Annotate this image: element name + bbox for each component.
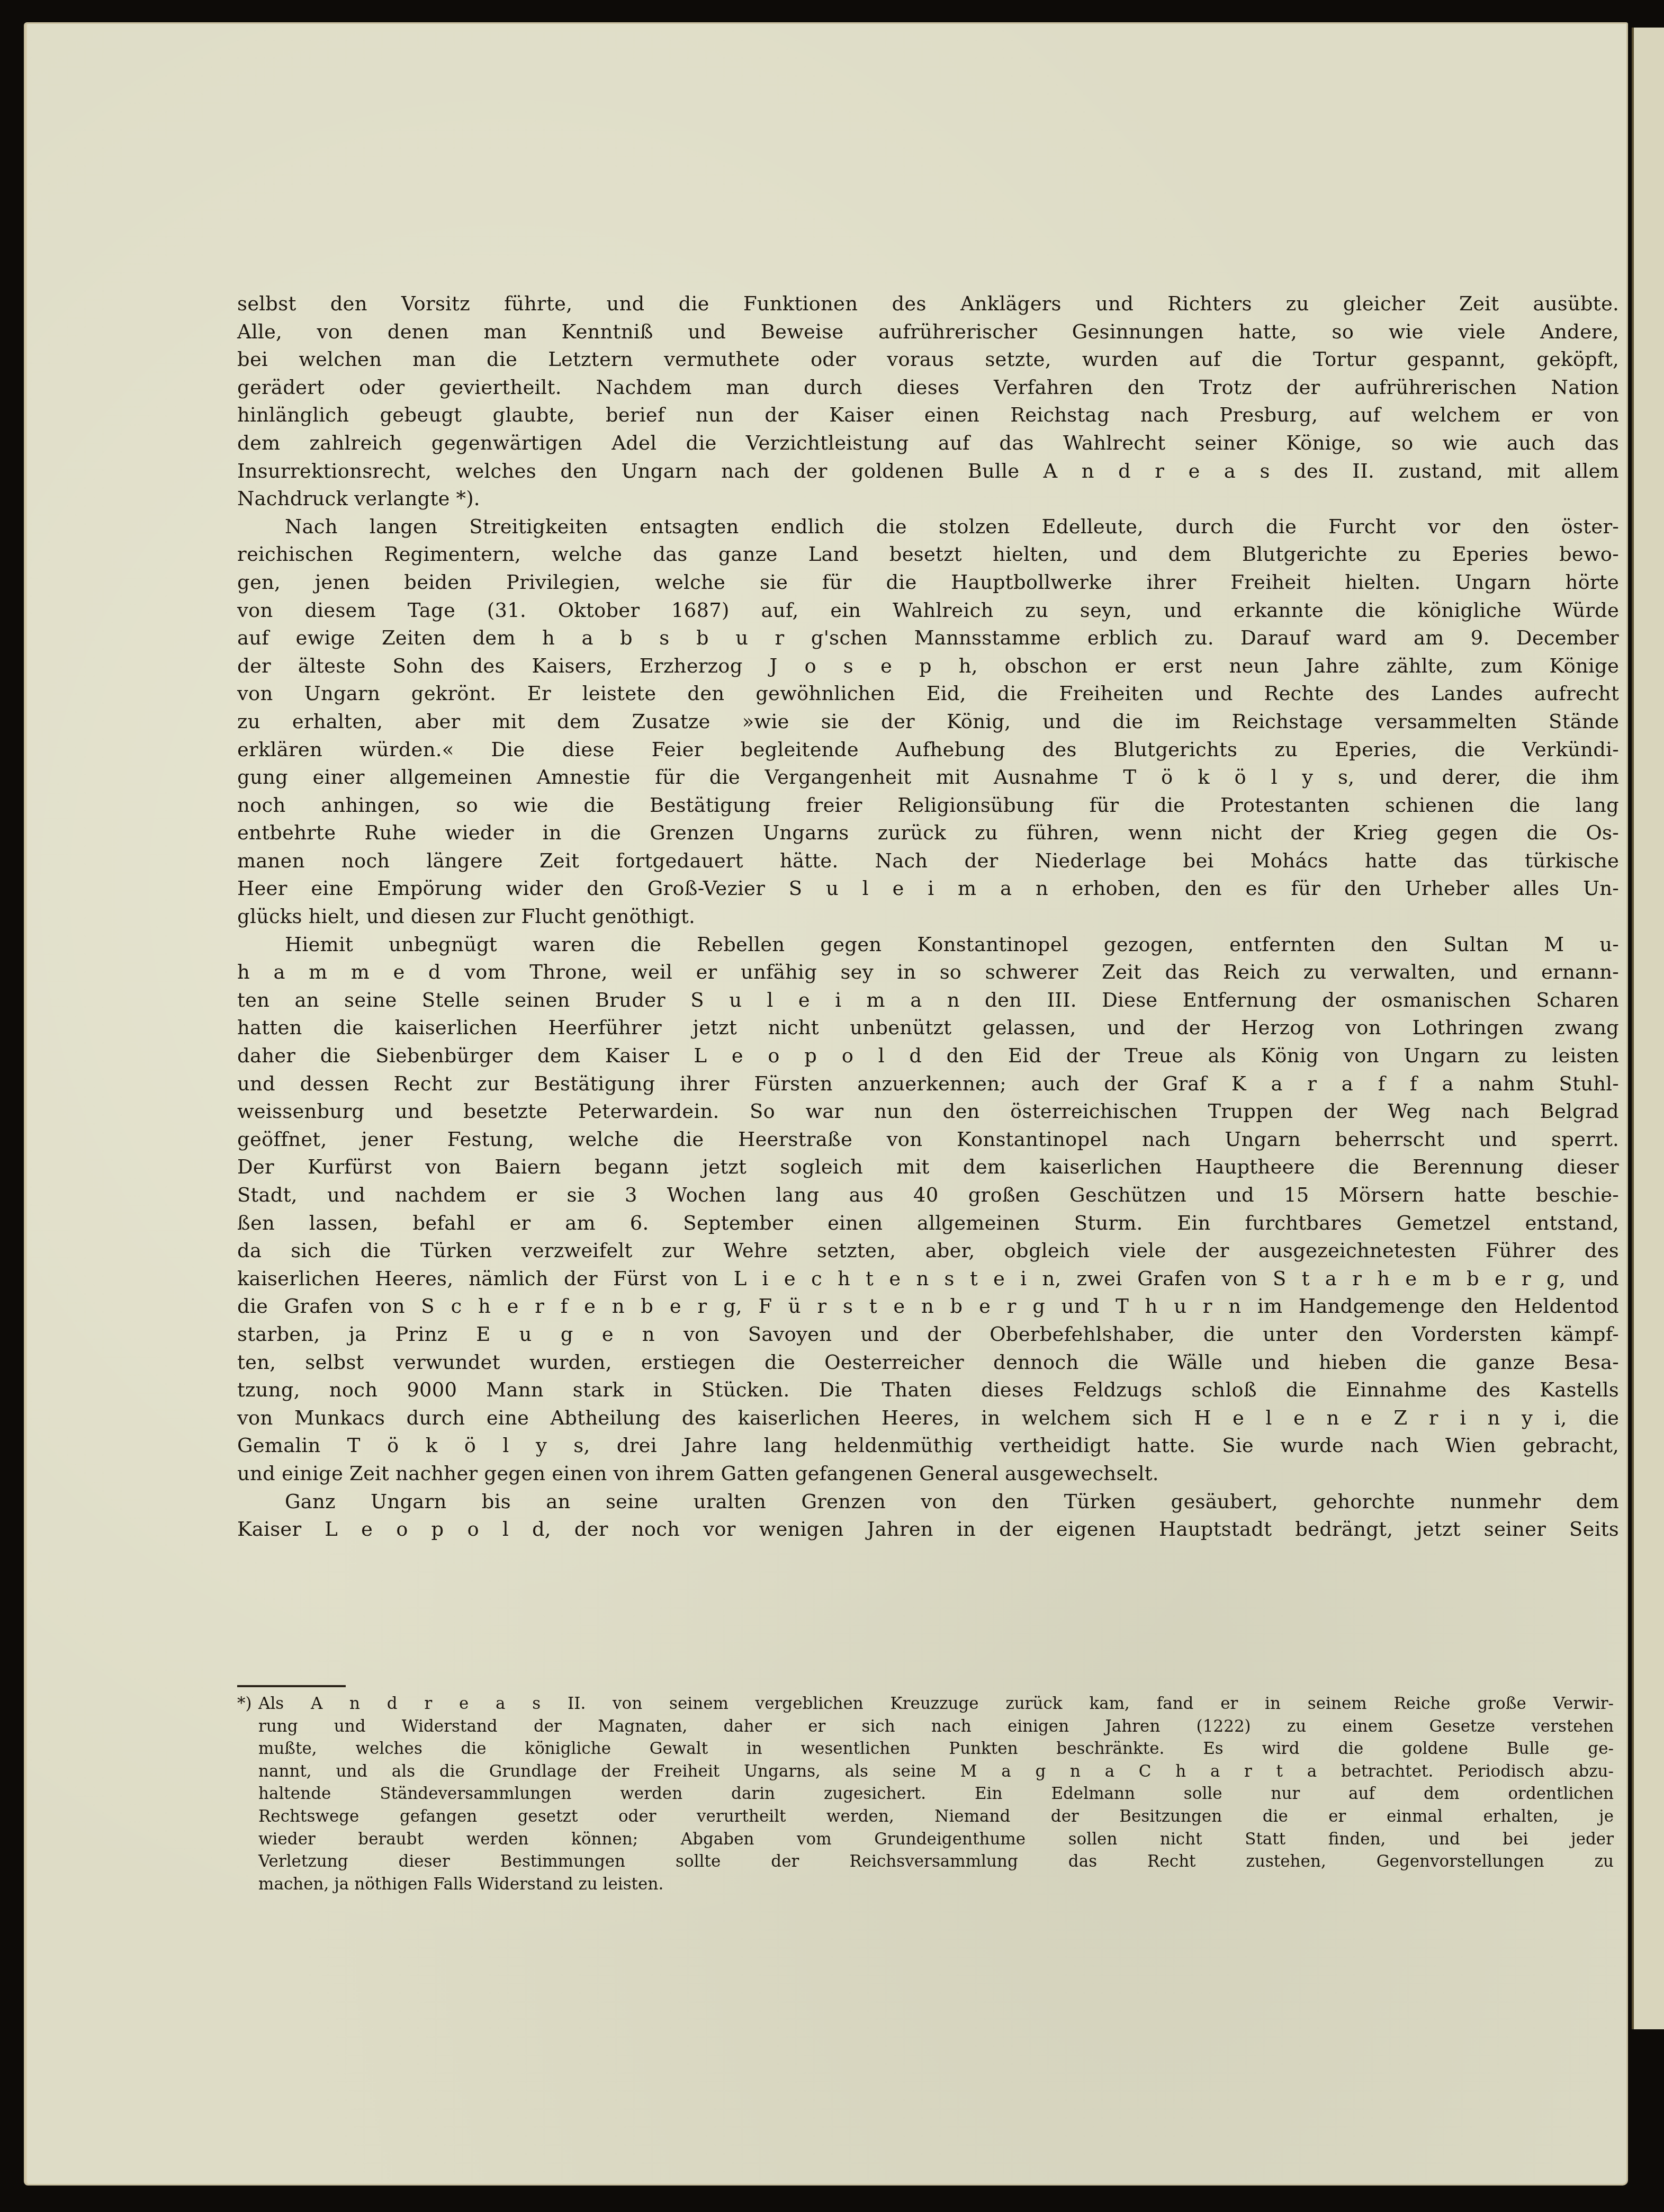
- text-line: ten, selbst verwundet wurden, erstiegen …: [237, 1349, 1619, 1377]
- text-line: dem zahlreich gegenwärtigen Adel die Ver…: [237, 429, 1619, 458]
- text-line: auf ewige Zeiten dem h a b s b u r g'sch…: [237, 624, 1619, 652]
- footnote-line: wieder beraubt werden können; Abgaben vo…: [237, 1828, 1614, 1851]
- footnote-line: Rechtswege gefangen gesetzt oder verurth…: [237, 1805, 1614, 1828]
- footnote-text: Als A n d r e a s II. von seinem vergebl…: [258, 1694, 1614, 1713]
- text-line: gung einer allgemeinen Amnestie für die …: [237, 764, 1619, 792]
- text-line: von Munkacs durch eine Abtheilung des ka…: [237, 1404, 1619, 1432]
- text-line: noch anhingen, so wie die Bestätigung fr…: [237, 792, 1619, 820]
- text-line: und einige Zeit nachher gegen einen von …: [237, 1460, 1619, 1488]
- text-line: Alle, von denen man Kenntniß und Beweise…: [237, 318, 1619, 346]
- text-line: erklären würden.« Die diese Feier beglei…: [237, 736, 1619, 764]
- text-line: Insurrektionsrecht, welches den Ungarn n…: [237, 458, 1619, 486]
- text-line: da sich die Türken verzweifelt zur Wehre…: [237, 1237, 1619, 1265]
- text-line: Gemalin T ö k ö l y s, drei Jahre lang h…: [237, 1432, 1619, 1460]
- paragraph-start-line: Nach langen Streitigkeiten entsagten end…: [237, 513, 1619, 541]
- text-line: hinlänglich gebeugt glaubte, berief nun …: [237, 401, 1619, 429]
- text-line: Heer eine Empörung wider den Groß-Vezier…: [237, 875, 1619, 903]
- text-line: Der Kurfürst von Baiern begann jetzt sog…: [237, 1153, 1619, 1181]
- text-line: kaiserlichen Heeres, nämlich der Fürst v…: [237, 1265, 1619, 1293]
- text-line: Stadt, und nachdem er sie 3 Wochen lang …: [237, 1181, 1619, 1210]
- text-line: daher die Siebenbürger dem Kaiser L e o …: [237, 1042, 1619, 1070]
- footnote-line: haltende Ständeversammlungen werden dari…: [237, 1783, 1614, 1805]
- footnote: *)Als A n d r e a s II. von seinem verge…: [237, 1692, 1614, 1895]
- footnote-marker: *): [237, 1692, 258, 1715]
- footnote-line: nannt, und als die Grundlage der Freihei…: [237, 1760, 1614, 1783]
- text-line: tzung, noch 9000 Mann stark in Stücken. …: [237, 1376, 1619, 1404]
- text-line: manen noch längere Zeit fortgedauert hät…: [237, 847, 1619, 875]
- text-line: reichischen Regimentern, welche das ganz…: [237, 541, 1619, 569]
- text-line: gen, jenen beiden Privilegien, welche si…: [237, 569, 1619, 597]
- text-line: der älteste Sohn des Kaisers, Erzherzog …: [237, 652, 1619, 680]
- text-line: zu erhalten, aber mit dem Zusatze »wie s…: [237, 708, 1619, 736]
- footnote-divider: [237, 1685, 346, 1687]
- text-line: glücks hielt, und diesen zur Flucht genö…: [237, 903, 1619, 931]
- footnote-line: *)Als A n d r e a s II. von seinem verge…: [237, 1692, 1614, 1715]
- text-line: gerädert oder geviertheilt. Nachdem man …: [237, 374, 1619, 402]
- text-line: ten an seine Stelle seinen Bruder S u l …: [237, 987, 1619, 1015]
- text-line: starben, ja Prinz E u g e n von Savoyen …: [237, 1321, 1619, 1349]
- text-line: Kaiser L e o p o l d, der noch vor wenig…: [237, 1516, 1619, 1544]
- text-line: ßen lassen, befahl er am 6. September ei…: [237, 1210, 1619, 1238]
- text-line: geöffnet, jener Festung, welche die Heer…: [237, 1126, 1619, 1154]
- text-line: und dessen Recht zur Bestätigung ihrer F…: [237, 1070, 1619, 1098]
- text-line: hatten die kaiserlichen Heerführer jetzt…: [237, 1014, 1619, 1042]
- footnote-line: Verletzung dieser Bestimmungen sollte de…: [237, 1850, 1614, 1873]
- footnote-line: rung und Widerstand der Magnaten, daher …: [237, 1715, 1614, 1738]
- footnote-line: mußte, welches die königliche Gewalt in …: [237, 1738, 1614, 1760]
- text-line: h a m m e d vom Throne, weil er unfähig …: [237, 959, 1619, 987]
- text-line: die Grafen von S c h e r f e n b e r g, …: [237, 1293, 1619, 1321]
- footnote-line: machen, ja nöthigen Falls Widerstand zu …: [237, 1873, 1614, 1896]
- text-line: von Ungarn gekrönt. Er leistete den gewö…: [237, 680, 1619, 708]
- main-text: selbst den Vorsitz führte, und die Funkt…: [237, 290, 1619, 1544]
- text-line: selbst den Vorsitz führte, und die Funkt…: [237, 290, 1619, 318]
- text-line: bei welchen man die Letztern vermuthete …: [237, 346, 1619, 374]
- paragraph-start-line: Ganz Ungarn bis an seine uralten Grenzen…: [237, 1488, 1619, 1516]
- text-line: von diesem Tage (31. Oktober 1687) auf, …: [237, 597, 1619, 625]
- adjacent-page-edge: [1632, 28, 1664, 2029]
- text-line: entbehrte Ruhe wieder in die Grenzen Ung…: [237, 819, 1619, 847]
- paragraph-start-line: Hiemit unbegnügt waren die Rebellen gege…: [237, 931, 1619, 959]
- text-line: Nachdruck verlangte *).: [237, 485, 1619, 513]
- text-line: weissenburg und besetzte Peterwardein. S…: [237, 1098, 1619, 1126]
